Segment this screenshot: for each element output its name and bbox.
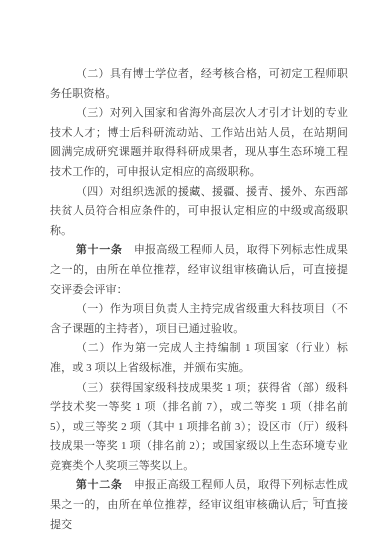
article-number: 第十一条 xyxy=(76,244,123,256)
document-page: （二）具有博士学位者，经考核合格，可初定工程师职务任职资格。（三）对列入国家和省… xyxy=(0,0,390,551)
paragraph: （三）对列入国家和省海外高层次人才引才计划的专业技术人才；博士后科研流动站、工作… xyxy=(50,104,348,182)
paragraph: （二）具有博士学位者，经考核合格，可初定工程师职务任职资格。 xyxy=(50,65,348,104)
paragraph: 第十一条 申报高级工程师人员，取得下列标志性成果之一的，由所在单位推荐，经审议组… xyxy=(50,241,348,300)
paragraph: （四）对组织选派的援藏、援疆、援青、援外、东西部扶贫人员符合相应条件的，可申报认… xyxy=(50,183,348,242)
document-body: （二）具有博士学位者，经考核合格，可初定工程师职务任职资格。（三）对列入国家和省… xyxy=(50,65,348,535)
page-number: — 5 — xyxy=(298,496,335,508)
paragraph: （三）获得国家级科技成果奖 1 项；获得省（部）级科学技术奖一等奖 1 项（排名… xyxy=(50,379,348,477)
paragraph: （二）作为第一完成人主持编制 1 项国家（行业）标准，或 3 项以上省级标准，并… xyxy=(50,339,348,378)
article-number: 第十二条 xyxy=(76,479,123,491)
paragraph: （一）作为项目负责人主持完成省级重大科技项目（不含子课题的主持者），项目已通过验… xyxy=(50,300,348,339)
